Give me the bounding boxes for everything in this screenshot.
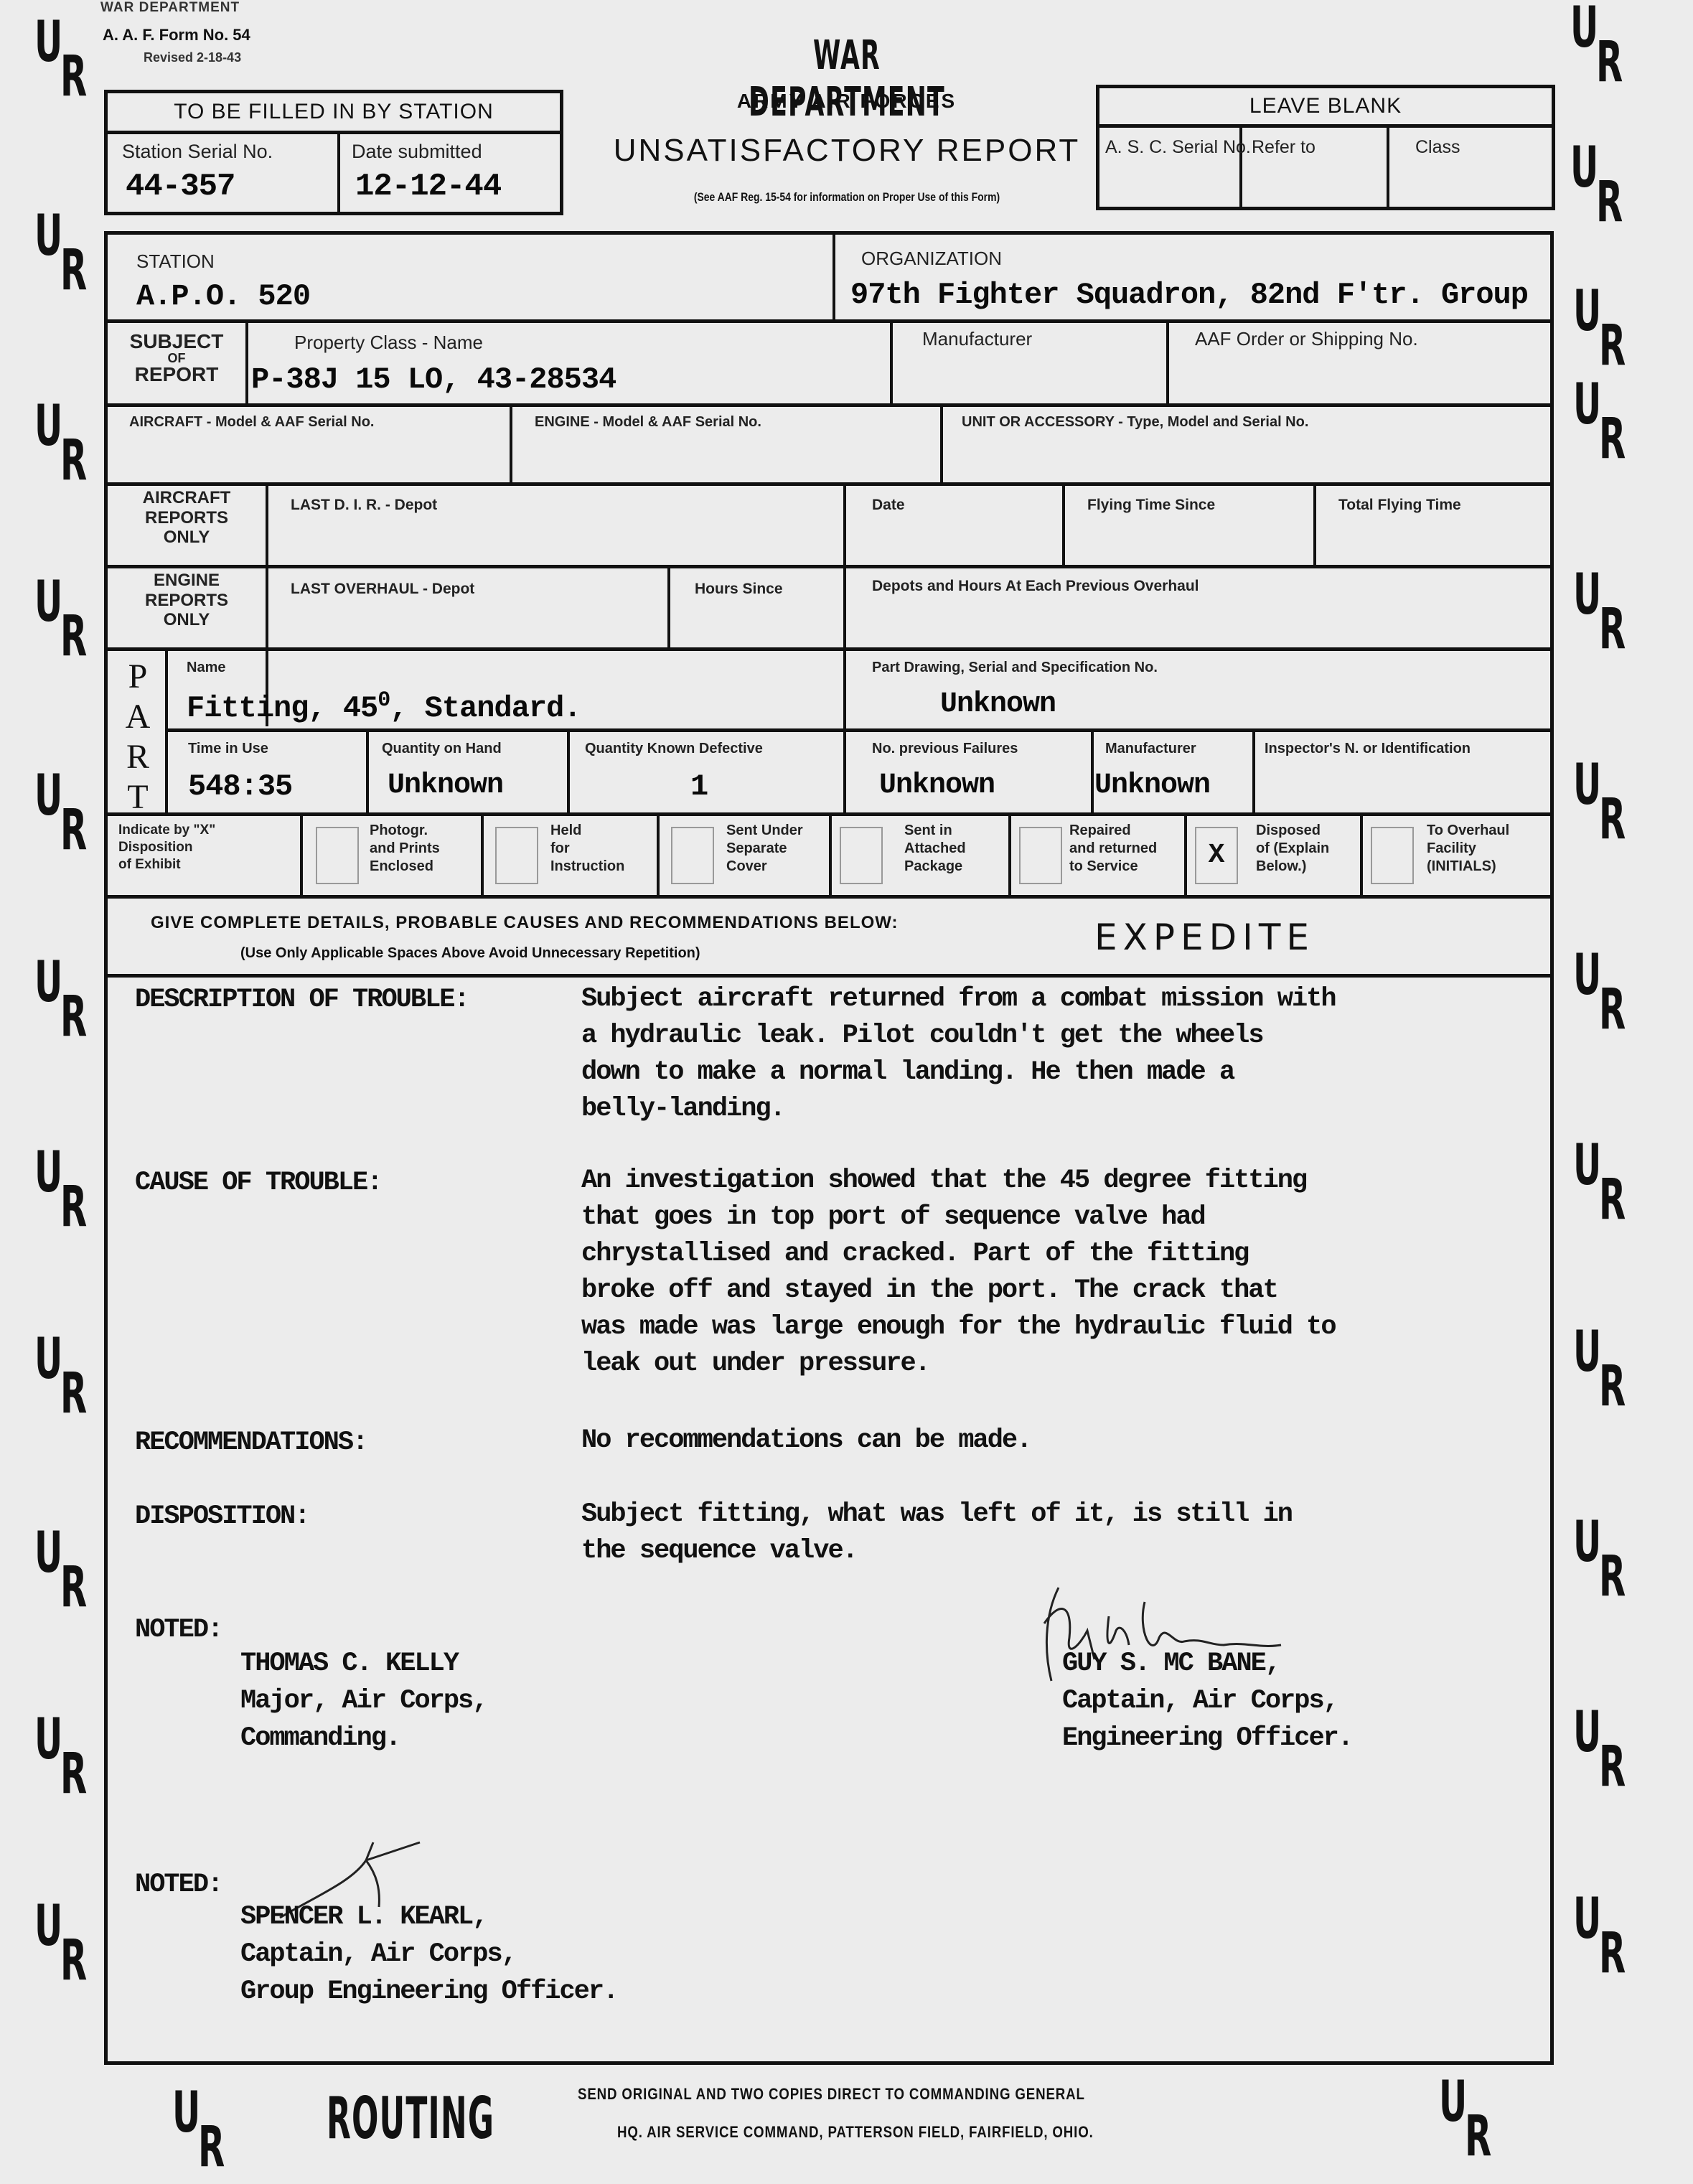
station-serial-value[interactable]: 44-357 xyxy=(126,169,235,205)
ur-marker-right-10: UR xyxy=(1573,1514,1631,1608)
part-divider-d xyxy=(1252,732,1255,812)
disposition-label: DISPOSITION: xyxy=(135,1501,309,1532)
aircraft-model-label: AIRCRAFT - Model & AAF Serial No. xyxy=(129,414,374,431)
title-unsatisfactory-report: UNSATISFACTORY REPORT xyxy=(574,133,1120,169)
part-manufacturer-label: Manufacturer xyxy=(1105,741,1196,757)
ur-marker-left-11: UR xyxy=(34,1898,92,1992)
recommendations-label: RECOMMENDATIONS: xyxy=(135,1428,367,1458)
ur-marker-left-4: UR xyxy=(34,574,92,667)
option-photographs-label: Photogr.and PrintsEnclosed xyxy=(370,822,440,876)
time-in-use-value[interactable]: 548:35 xyxy=(188,769,292,804)
station-value[interactable]: A.P.O. 520 xyxy=(136,279,310,314)
expedite-stamp: EXPEDITE xyxy=(1094,917,1315,958)
ur-marker-right-2: UR xyxy=(1570,140,1628,233)
checkbox-held-for-instruction[interactable] xyxy=(495,827,538,884)
title-army-air-forces: ARMY AIR FORCES xyxy=(632,90,1062,113)
ur-marker-left-1: UR xyxy=(34,14,92,108)
disp-divider-5 xyxy=(1184,816,1187,895)
engine-divider-1 xyxy=(667,568,670,647)
disp-divider-3 xyxy=(829,816,832,895)
ur-marker-left-10: UR xyxy=(34,1712,92,1805)
row2-border xyxy=(108,319,1550,323)
ur-marker-left-2: UR xyxy=(34,208,92,301)
part-drawing-label: Part Drawing, Serial and Specification N… xyxy=(872,660,1158,676)
part-name-value[interactable]: Fitting, 450, Standard. xyxy=(187,688,581,726)
recommendations-text[interactable]: No recommendations can be made. xyxy=(581,1423,1031,1459)
qty-on-hand-label: Quantity on Hand xyxy=(382,741,502,757)
checkbox-sent-separate-cover[interactable] xyxy=(671,827,714,884)
unit-accessory-label: UNIT OR ACCESSORY - Type, Model and Seri… xyxy=(962,414,1308,431)
last-dir-depot-label: LAST D. I. R. - Depot xyxy=(291,497,437,514)
routing-line-2: HQ. AIR SERVICE COMMAND, PATTERSON FIELD… xyxy=(617,2123,1094,2142)
total-flying-time-label: Total Flying Time xyxy=(1338,497,1461,514)
part-manufacturer-value[interactable]: Unknown xyxy=(1094,769,1210,802)
option-separate-cover-label: Sent UnderSeparateCover xyxy=(726,822,803,876)
subject-divider-1 xyxy=(890,323,893,403)
organization-value[interactable]: 97th Fighter Squadron, 82nd F'tr. Group xyxy=(850,278,1528,312)
checkbox-disposed[interactable]: X xyxy=(1195,827,1238,884)
ur-marker-left-3: UR xyxy=(34,398,92,492)
part-divider-b xyxy=(567,732,570,812)
ur-marker-routing-left: UR xyxy=(172,2085,230,2178)
station-label: STATION xyxy=(136,250,215,273)
part-side-label: P A R T xyxy=(116,657,159,817)
checkbox-sent-attached-package[interactable] xyxy=(840,827,883,884)
noted-1-signature-block: THOMAS C. KELLY Major, Air Corps, Comman… xyxy=(240,1645,487,1757)
routing-line-1: SEND ORIGINAL AND TWO COPIES DIRECT TO C… xyxy=(578,2085,1085,2104)
option-repaired-label: Repairedand returnedto Service xyxy=(1069,822,1157,876)
date-submitted-label: Date submitted xyxy=(352,141,482,163)
qty-defective-label: Quantity Known Defective xyxy=(585,741,763,757)
description-text[interactable]: Subject aircraft returned from a combat … xyxy=(581,981,1336,1128)
hours-since-label: Hours Since xyxy=(695,581,783,598)
subject-side-divider xyxy=(245,323,248,403)
manufacturer-label: Manufacturer xyxy=(922,328,1032,350)
degree-superscript: 0 xyxy=(377,688,390,713)
row4-border xyxy=(108,482,1550,486)
option-disposed-label: Disposedof (ExplainBelow.) xyxy=(1256,822,1329,876)
property-class-value[interactable]: P-38J 15 LO, 43-28534 xyxy=(251,362,616,397)
organization-label: ORGANIZATION xyxy=(861,248,1002,270)
subject-divider-2 xyxy=(1166,323,1169,403)
ur-marker-routing-right: UR xyxy=(1439,2074,1496,2167)
asc-serial-label: A. S. C. Serial No. xyxy=(1105,137,1251,158)
ur-marker-right-5: UR xyxy=(1573,567,1631,660)
description-label: DESCRIPTION OF TROUBLE: xyxy=(135,985,469,1015)
leave-blank-divider-2 xyxy=(1387,128,1389,207)
leave-blank-box: LEAVE BLANK A. S. C. Serial No. Refer to… xyxy=(1096,85,1555,210)
part-drawing-value[interactable]: Unknown xyxy=(940,688,1056,721)
subject-side-label: SUBJECT OF REPORT xyxy=(108,332,245,385)
aircraft-divider-1 xyxy=(843,486,846,565)
class-label: Class xyxy=(1415,137,1460,158)
engine-divider-2 xyxy=(843,568,846,647)
models-divider-2 xyxy=(940,407,943,482)
ur-marker-left-8: UR xyxy=(34,1331,92,1425)
ur-marker-left-7: UR xyxy=(34,1145,92,1238)
ur-marker-right-6: UR xyxy=(1573,757,1631,850)
ur-marker-right-11: UR xyxy=(1573,1705,1631,1798)
noted-2-signature-block: SPENCER L. KEARL, Captain, Air Corps, Gr… xyxy=(240,1898,617,2010)
noted-2-label: NOTED: xyxy=(135,1870,222,1900)
property-class-label: Property Class - Name xyxy=(294,332,483,354)
disp-divider-6 xyxy=(1360,816,1363,895)
last-overhaul-label: LAST OVERHAUL - Depot xyxy=(291,581,474,598)
ur-marker-right-4: UR xyxy=(1573,377,1631,470)
prev-failures-label: No. previous Failures xyxy=(872,741,1018,757)
ur-marker-right-3: UR xyxy=(1573,283,1631,377)
station-serial-label: Station Serial No. xyxy=(122,141,273,163)
cause-label: CAUSE OF TROUBLE: xyxy=(135,1168,381,1198)
aircraft-divider-2 xyxy=(1062,486,1065,565)
checkbox-to-overhaul[interactable] xyxy=(1371,827,1414,884)
title-regulation-note: (See AAF Reg. 15-54 for information on P… xyxy=(617,190,1077,205)
option-attached-package-label: Sent inAttachedPackage xyxy=(904,822,966,876)
disp-divider-4 xyxy=(1008,816,1011,895)
part-name-label: Name xyxy=(187,660,225,676)
aircraft-divider-3 xyxy=(1313,486,1316,565)
inspector-label: Inspector's N. or Identification xyxy=(1265,741,1471,757)
noted-1-label: NOTED: xyxy=(135,1615,222,1645)
station-fill-box: TO BE FILLED IN BY STATION Station Seria… xyxy=(104,90,563,215)
row6-border xyxy=(108,647,1550,651)
depots-hours-label: Depots and Hours At Each Previous Overha… xyxy=(872,578,1199,595)
row1-divider xyxy=(833,235,835,319)
aircraft-date-label: Date xyxy=(872,497,905,514)
flying-time-since-label: Flying Time Since xyxy=(1087,497,1215,514)
aaf-order-label: AAF Order or Shipping No. xyxy=(1195,328,1418,350)
details-heading: GIVE COMPLETE DETAILS, PROBABLE CAUSES A… xyxy=(151,913,898,933)
ur-marker-right-12: UR xyxy=(1573,1891,1631,1984)
models-divider-1 xyxy=(510,407,512,482)
ur-marker-left-6: UR xyxy=(34,955,92,1048)
details-subheading: (Use Only Applicable Spaces Above Avoid … xyxy=(240,945,700,962)
station-box-divider xyxy=(337,134,340,212)
engine-model-label: ENGINE - Model & AAF Serial No. xyxy=(535,414,761,431)
checkbox-repaired-returned[interactable] xyxy=(1019,827,1062,884)
aircraft-reports-side-label: AIRCRAFT REPORTS ONLY xyxy=(108,488,266,548)
disposition-text[interactable]: Subject fitting, what was left of it, is… xyxy=(581,1496,1292,1570)
refer-to-label: Refer to xyxy=(1252,137,1316,158)
header-form-number: A. A. F. Form No. 54 xyxy=(103,26,250,44)
part-inner-border xyxy=(168,728,1550,732)
row5-border xyxy=(108,565,1550,568)
leave-blank-heading: LEAVE BLANK xyxy=(1099,88,1552,128)
station-box-heading: TO BE FILLED IN BY STATION xyxy=(108,93,560,134)
qty-on-hand-value[interactable]: Unknown xyxy=(388,769,503,802)
engine-reports-side-label: ENGINE REPORTS ONLY xyxy=(108,571,266,630)
engineering-officer-signature-block: GUY S. MC BANE, Captain, Air Corps, Engi… xyxy=(1062,1645,1352,1757)
routing-label: ROUTING xyxy=(327,2085,494,2152)
ur-marker-right-8: UR xyxy=(1573,1138,1631,1231)
part-divider-c xyxy=(1091,732,1094,812)
ur-marker-left-9: UR xyxy=(34,1525,92,1618)
part-divider-a xyxy=(366,732,369,812)
row8-border xyxy=(108,895,1550,899)
ur-marker-right-9: UR xyxy=(1573,1324,1631,1417)
row3-border xyxy=(108,403,1550,407)
main-form: STATION A.P.O. 520 ORGANIZATION 97th Fig… xyxy=(104,231,1554,2065)
header-revised: Revised 2-18-43 xyxy=(144,50,241,65)
qty-defective-value[interactable]: 1 xyxy=(690,769,708,804)
prev-failures-value[interactable]: Unknown xyxy=(879,769,995,802)
ur-marker-left-5: UR xyxy=(34,768,92,861)
time-in-use-label: Time in Use xyxy=(188,741,268,757)
ur-marker-right-7: UR xyxy=(1573,947,1631,1041)
option-held-label: HeldforInstruction xyxy=(550,822,624,876)
date-submitted-value[interactable]: 12-12-44 xyxy=(355,169,501,205)
option-overhaul-label: To OverhaulFacility(INITIALS) xyxy=(1427,822,1509,876)
cause-text[interactable]: An investigation showed that the 45 degr… xyxy=(581,1163,1336,1382)
disposition-instruction: Indicate by "X" Disposition of Exhibit xyxy=(118,822,215,873)
disp-divider-0 xyxy=(300,816,303,895)
checkbox-photographs[interactable] xyxy=(316,827,359,884)
body-border xyxy=(108,974,1550,978)
disp-divider-2 xyxy=(657,816,660,895)
disp-divider-1 xyxy=(481,816,484,895)
header-dept-small: WAR DEPARTMENT xyxy=(100,0,240,16)
ur-marker-right-1: UR xyxy=(1570,0,1628,93)
